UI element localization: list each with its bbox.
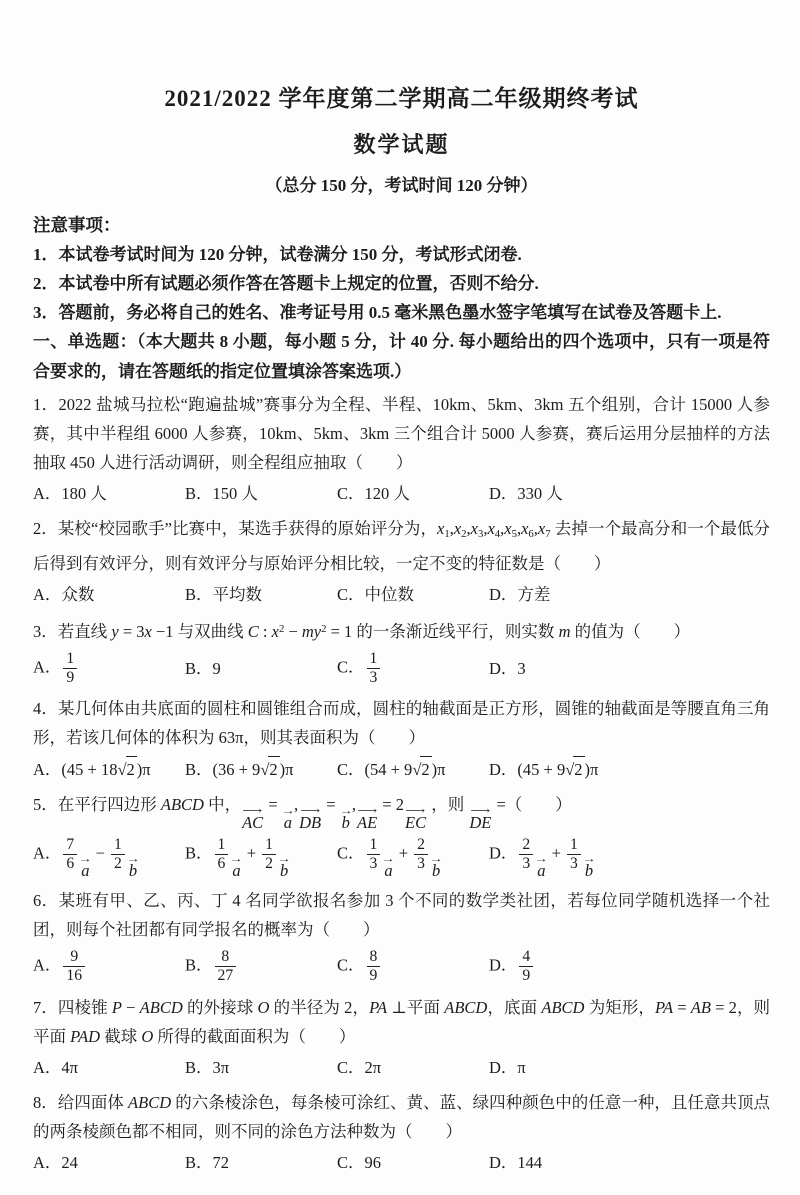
answer-option: D．方差 xyxy=(489,582,558,608)
question-options: A．180 人B．150 人C．120 人D．330 人 xyxy=(33,481,770,507)
question-options: A．24B．72C．96D．144 xyxy=(33,1150,770,1176)
answer-option: D．144 xyxy=(489,1150,550,1176)
question-stem: 1．2022 盐城马拉松“跑遍盐城”赛事分为全程、半程、10km、5km、3km… xyxy=(33,390,770,477)
question: 7．四棱锥 P − ABCD 的外接球 O 的半径为 2，PA ⊥平面 ABCD… xyxy=(33,993,770,1081)
exam-title: 2021/2022 学年度第二学期高二年级期终考试 xyxy=(33,80,770,113)
question-options: A．76→a − 12→bB．16→a + 12→bC．13→a + 23→bD… xyxy=(33,836,770,880)
answer-option: B．72 xyxy=(185,1150,337,1176)
question-options: A．(45 + 18√2)πB．(36 + 9√2)πC．(54 + 9√2)π… xyxy=(33,756,770,783)
question: 2．某校“校园歌手”比赛中，某选手获得的原始评分为，x1,x2,x3,x4,x5… xyxy=(33,514,770,608)
answer-option: B．9 xyxy=(185,656,337,682)
question-stem: 2．某校“校园歌手”比赛中，某选手获得的原始评分为，x1,x2,x3,x4,x5… xyxy=(33,514,770,578)
question-options: A．众数B．平均数C．中位数D．方差 xyxy=(33,582,770,608)
answer-option: D．(45 + 9√2)π xyxy=(489,756,606,783)
questions: 1．2022 盐城马拉松“跑遍盐城”赛事分为全程、半程、10km、5km、3km… xyxy=(33,390,770,1176)
question-options: A．19B．9C．13D．3 xyxy=(33,650,770,687)
answer-option: A．180 人 xyxy=(33,481,185,507)
question: 3．若直线 y = 3x −1 与双曲线 C : x2 − my2 = 1 的一… xyxy=(33,615,770,687)
answer-option: C．中位数 xyxy=(337,582,489,608)
answer-option: B．平均数 xyxy=(185,582,337,608)
answer-option: B．827 xyxy=(185,948,337,985)
question: 1．2022 盐城马拉松“跑遍盐城”赛事分为全程、半程、10km、5km、3km… xyxy=(33,390,770,507)
question-stem: 7．四棱锥 P − ABCD 的外接球 O 的半径为 2，PA ⊥平面 ABCD… xyxy=(33,993,770,1051)
answer-option: B．3π xyxy=(185,1055,337,1081)
notice-items: 1．本试卷考试时间为 120 分钟，试卷满分 150 分，考试形式闭卷.2．本试… xyxy=(33,240,770,327)
answer-option: C．(54 + 9√2)π xyxy=(337,756,489,783)
answer-option: C．2π xyxy=(337,1055,489,1081)
answer-option: B．150 人 xyxy=(185,481,337,507)
answer-option: D．23→a + 13→b xyxy=(489,836,603,880)
answer-option: A．(45 + 18√2)π xyxy=(33,756,185,783)
question: 6．某班有甲、乙、丙、丁 4 名同学欲报名参加 3 个不同的数学类社团，若每位同… xyxy=(33,886,770,985)
answer-option: B．16→a + 12→b xyxy=(185,836,337,880)
answer-option: A．76→a − 12→b xyxy=(33,836,185,880)
answer-option: D．49 xyxy=(489,948,543,985)
question: 8．给四面体 ABCD 的六条棱涂色，每条棱可涂红、黄、蓝、绿四种颜色中的任意一… xyxy=(33,1088,770,1176)
paper-title: 数学试题 xyxy=(33,128,770,159)
question-stem: 5．在平行四边形 ABCD 中，⟶AC = →a,⟶DB = →b,⟶AE = … xyxy=(33,790,770,832)
answer-option: C．13→a + 23→b xyxy=(337,836,489,880)
answer-option: C．120 人 xyxy=(337,481,489,507)
notice-item: 3．答题前，务必将自己的姓名、准考证号用 0.5 毫米黑色墨水签字笔填写在试卷及… xyxy=(33,298,770,327)
answer-option: A．24 xyxy=(33,1150,185,1176)
answer-option: A．4π xyxy=(33,1055,185,1081)
answer-option: C．13 xyxy=(337,650,489,687)
answer-option: B．(36 + 9√2)π xyxy=(185,756,337,783)
question-stem: 6．某班有甲、乙、丙、丁 4 名同学欲报名参加 3 个不同的数学类社团，若每位同… xyxy=(33,886,770,944)
notice-section: 注意事项： 1．本试卷考试时间为 120 分钟，试卷满分 150 分，考试形式闭… xyxy=(33,211,770,327)
answer-option: A．众数 xyxy=(33,582,185,608)
paper-info: （总分 150 分，考试时间 120 分钟） xyxy=(33,171,770,196)
answer-option: D．π xyxy=(489,1055,534,1081)
question-stem: 4．某几何体由共底面的圆柱和圆锥组合而成，圆柱的轴截面是正方形，圆锥的轴截面是等… xyxy=(33,694,770,752)
question-options: A．4πB．3πC．2πD．π xyxy=(33,1055,770,1081)
section-heading: 一、单选题：（本大题共 8 小题，每小题 5 分，计 40 分. 每小题给出的四… xyxy=(33,327,770,387)
question: 5．在平行四边形 ABCD 中，⟶AC = →a,⟶DB = →b,⟶AE = … xyxy=(33,790,770,879)
question-options: A．916B．827C．89D．49 xyxy=(33,948,770,985)
question-stem: 8．给四面体 ABCD 的六条棱涂色，每条棱可涂红、黄、蓝、绿四种颜色中的任意一… xyxy=(33,1088,770,1146)
question: 4．某几何体由共底面的圆柱和圆锥组合而成，圆柱的轴截面是正方形，圆锥的轴截面是等… xyxy=(33,694,770,783)
answer-option: C．96 xyxy=(337,1150,489,1176)
notice-heading: 注意事项： xyxy=(33,211,770,240)
answer-option: D．3 xyxy=(489,656,534,682)
notice-item: 1．本试卷考试时间为 120 分钟，试卷满分 150 分，考试形式闭卷. xyxy=(33,240,770,269)
notice-item: 2．本试卷中所有试题必须作答在答题卡上规定的位置，否则不给分. xyxy=(33,269,770,298)
answer-option: A．19 xyxy=(33,650,185,687)
answer-option: D．330 人 xyxy=(489,481,571,507)
answer-option: C．89 xyxy=(337,948,489,985)
question-stem: 3．若直线 y = 3x −1 与双曲线 C : x2 − my2 = 1 的一… xyxy=(33,615,770,646)
exam-page: 2021/2022 学年度第二学期高二年级期终考试 数学试题 （总分 150 分… xyxy=(0,0,800,1195)
answer-option: A．916 xyxy=(33,948,185,985)
